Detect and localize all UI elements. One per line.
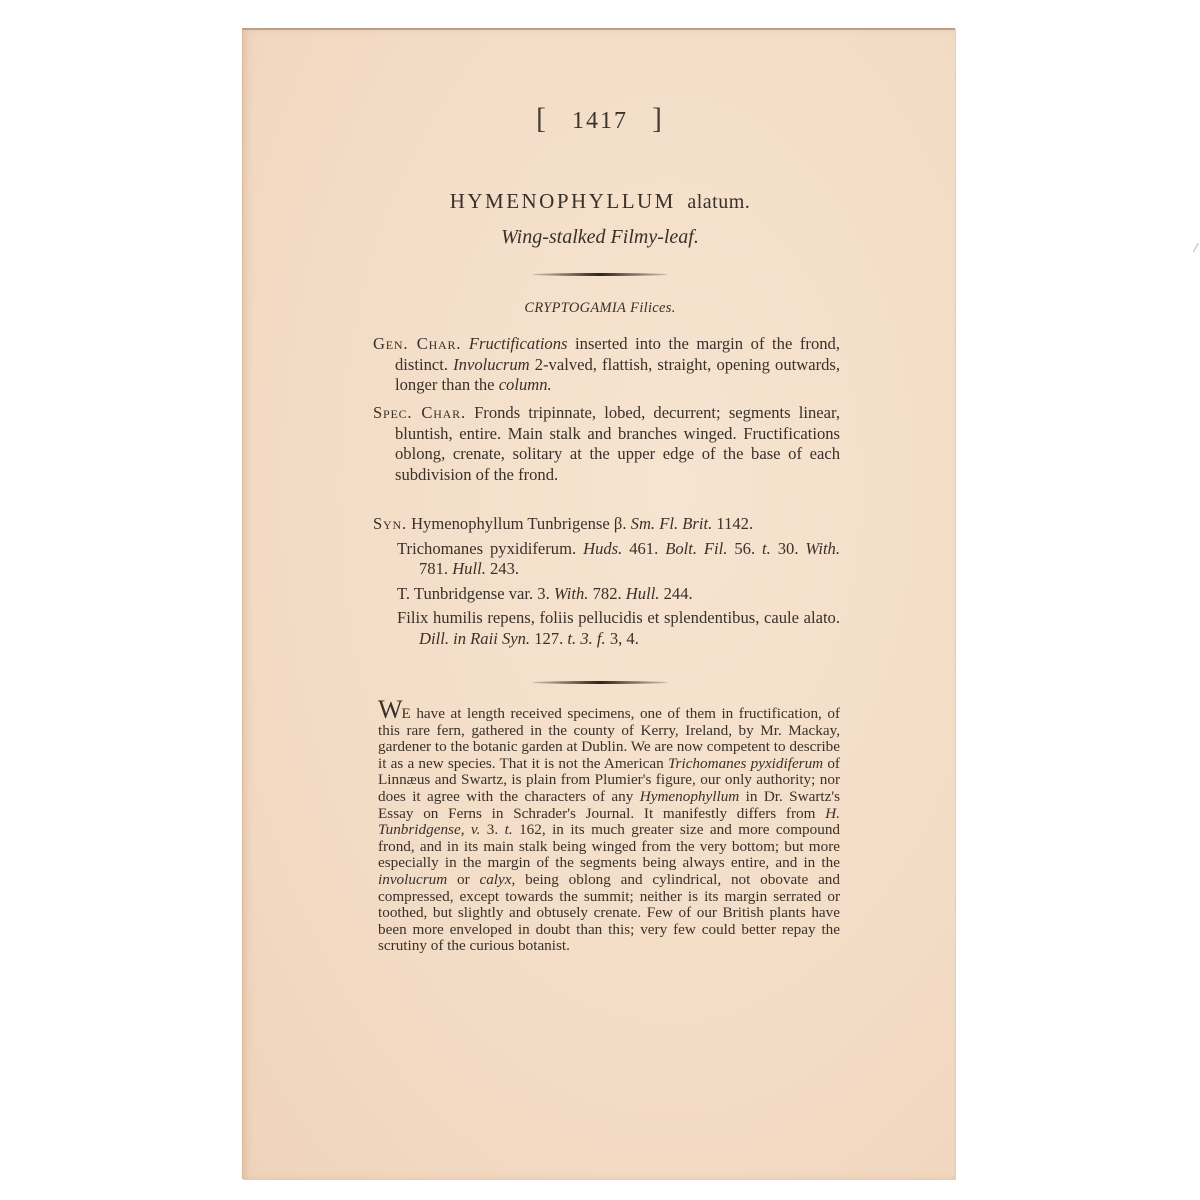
syn-ref: Huds. (583, 539, 622, 558)
syn-label: Syn. (373, 514, 407, 533)
syn-num: 782. (588, 584, 625, 603)
body-text: or (447, 871, 479, 888)
gen-char-term: Involucrum (453, 355, 530, 374)
syn-num: 244. (659, 584, 692, 603)
body-term: t. (505, 821, 513, 838)
synonyms: Syn. Hymenophyllum Tunbrigense β. Sm. Fl… (373, 514, 840, 649)
syn-ref: Bolt. Fil. (665, 539, 727, 558)
syn-ref: With. (805, 539, 840, 558)
syn-num: 30. (771, 539, 806, 558)
syn-ref: Sm. Fl. Brit. (631, 514, 713, 533)
page-number: [ 1417 ] (0, 102, 1200, 136)
syn-ref: t. 3. f. (567, 629, 605, 648)
syn-num: 3, 4. (606, 629, 639, 648)
gen-char-term: Fructifications (469, 334, 568, 353)
syn-num: 461. (622, 539, 665, 558)
bracket-right: ] (652, 102, 664, 135)
spec-char-label: Spec. Char. (373, 403, 466, 422)
syn-num: 243. (486, 559, 519, 578)
syn-ref: t. (762, 539, 771, 558)
specific-character: Spec. Char. Fronds tripinnate, lobed, de… (373, 403, 840, 485)
ornamental-rule (532, 681, 668, 684)
syn-num: 781. (419, 559, 452, 578)
generic-character: Gen. Char. Fructifications inserted into… (373, 334, 840, 396)
order-name: Filices. (630, 300, 675, 316)
drop-cap: W (378, 695, 402, 724)
syn-text: Trichomanes pyxidiferum. (397, 539, 583, 558)
page-number-value: 1417 (572, 108, 628, 134)
body-term: involucrum (378, 871, 447, 888)
gen-char-term: column. (499, 375, 552, 394)
syn-ref: Hull. (452, 559, 486, 578)
body-term: Hymenophyllum (640, 788, 740, 805)
syn-num: 127. (530, 629, 567, 648)
common-name: Wing-stalked Filmy-leaf. (0, 226, 1200, 249)
body-term: Trichomanes pyxidiferum (668, 755, 823, 772)
ornamental-rule (532, 273, 668, 276)
bracket-left: [ (536, 102, 548, 135)
classification: CRYPTOGAMIA Filices. (0, 300, 1200, 317)
body-text: 3. (480, 821, 504, 838)
gen-char-label: Gen. Char. (373, 334, 461, 353)
syn-text: T. Tunbridgense var. 3. (397, 584, 554, 603)
body-term: calyx (479, 871, 511, 888)
syn-ref: With. (554, 584, 589, 603)
syn-text: Hymenophyllum Tunbrigense β. (407, 514, 631, 533)
syn-num: 1142. (712, 514, 753, 533)
species-epithet: alatum. (687, 191, 750, 213)
body-paragraph: WE have at length received specimens, on… (378, 702, 840, 955)
syn-num: 56. (727, 539, 762, 558)
syn-ref: Hull. (626, 584, 660, 603)
class-name: CRYPTOGAMIA (524, 300, 626, 316)
syn-ref: Dill. in Raii Syn. (419, 629, 530, 648)
species-title: HYMENOPHYLLUM alatum. (0, 188, 1200, 214)
syn-text: Filix humilis repens, foliis pellucidis … (397, 608, 840, 627)
genus-name: HYMENOPHYLLUM (450, 189, 676, 213)
